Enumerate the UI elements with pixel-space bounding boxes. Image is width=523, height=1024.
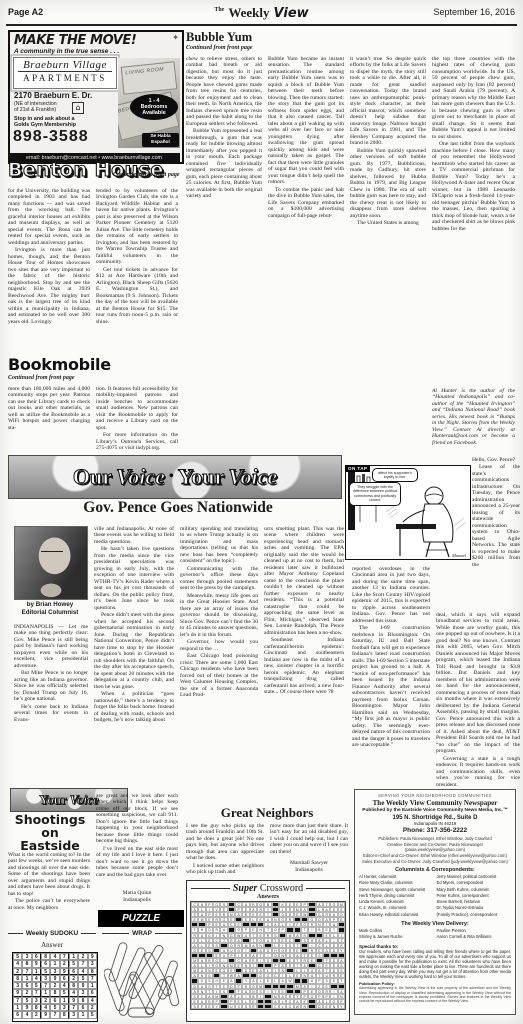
paragraph: The I-69 construction meltdown in Bloomi… (352, 625, 430, 748)
braeburn-logo-script: Braeburn Village (18, 59, 112, 72)
crossword-cell: N (301, 1004, 308, 1009)
sudoku-cell: 8 (78, 997, 87, 1004)
paragraph: Get tour tickets in advance for $12 at A… (96, 267, 178, 325)
paragraph: But Mike Pence is no longer acting like … (14, 670, 88, 702)
paragraph: military spending and translating to us … (180, 526, 258, 565)
sudoku-cell: 6 (41, 960, 50, 967)
sudoku-cell: 2 (60, 960, 69, 967)
sudoku-cell: 5 (32, 982, 41, 989)
sudoku-cell: 4 (50, 953, 59, 960)
sudoku-cell: 3 (22, 953, 31, 960)
braeburn-logo: Braeburn Village APARTMENTS (13, 57, 117, 89)
sudoku-cell: 7 (50, 1011, 59, 1018)
sudoku-cell: 3 (88, 960, 97, 967)
sudoku-cell: 5 (41, 968, 50, 975)
paragraph: the top three countries with the highest… (432, 56, 515, 140)
bedrooms-badge: 1 - 4 Bedrooms Available (130, 94, 178, 120)
sudoku-title-row: Weekly SUDOKU (8, 930, 96, 937)
paragraph: Lease of the state’s communications infr… (472, 464, 520, 568)
list-item: Aaron Cornell & Rita Williams (437, 934, 511, 940)
sudoku-cell: 7 (69, 1004, 78, 1011)
sudoku-cell: 9 (60, 968, 69, 975)
paragraph: chew to relieve stress, others to combat… (186, 56, 262, 127)
signature-name: Maria Quinn (96, 890, 178, 897)
published-by: Published by the Eastside Voice Communit… (359, 808, 511, 813)
rule (8, 933, 23, 934)
crossword-cell: C (272, 1004, 279, 1009)
crossword-cell: R (250, 1004, 257, 1009)
sudoku-cell: 6 (32, 953, 41, 960)
role-line: Sales Executive and Co-Owner: Judy Crawf… (359, 859, 511, 864)
benton-continued: Continued from front page (113, 172, 180, 178)
sudoku-cell: 5 (13, 953, 22, 960)
list-item: Shirley & James Ruche (359, 934, 433, 940)
paragraph: Hello, Gov. Pence? (472, 457, 520, 463)
paragraph: reported overdoses in the Cincinnati are… (352, 566, 430, 624)
ad-address: 2170 Braeburn E. Dr. (14, 91, 92, 100)
pence-column-4: ucts smelting plant. This was the scene … (264, 526, 344, 802)
editorial-cartoon: ON TAP affect his supporter’s loyalty to… (345, 465, 471, 560)
list-item: (Family Practice), correspondent (437, 912, 511, 918)
sudoku-cell: 8 (60, 1011, 69, 1018)
sudoku-cell: 1 (50, 960, 59, 967)
banner-bullet: • (169, 469, 174, 485)
masthead-view: View (274, 6, 309, 21)
issue-date: September 16, 2016 (433, 7, 515, 17)
sudoku-cell: 8 (22, 960, 31, 967)
sudoku-cell: 2 (50, 982, 59, 989)
cartoon-series-label: ON TAP (345, 465, 370, 472)
sudoku-cell: 7 (22, 968, 31, 975)
sudoku-cell: 7 (41, 982, 50, 989)
sudoku-cell: 8 (13, 975, 22, 982)
sudoku-cell: 4 (22, 1011, 31, 1018)
delivery-header: The Weekly View Delivery: (359, 921, 511, 927)
paragraph: To combat the panic and halt the dive in… (268, 187, 344, 219)
ad-address-note: (NE of intersection of 21st & Franklin) (14, 101, 70, 113)
policy-body: Advertising appearing in the Weekly View… (359, 986, 511, 1004)
columnists-left: Al Hunter, columnistRose Mary Clarke, co… (359, 874, 433, 918)
pence-column-1: INDIANAPOLIS — Let me make one thing per… (14, 624, 88, 784)
thanks-body: Our readers, who have been calling and t… (359, 949, 511, 980)
sudoku-cell: 4 (41, 1004, 50, 1011)
columnists-lists: Al Hunter, columnistRose Mary Clarke, co… (359, 874, 511, 918)
pence-hello-column: Hello, Gov. Pence?Lease of the state’s c… (472, 457, 520, 607)
byline-title: Editorial Columnist (14, 609, 86, 617)
sudoku-cell: 2 (78, 953, 87, 960)
shootings-column-1: What is the world coming to? In the past… (8, 852, 90, 926)
rule (306, 888, 345, 889)
speech-bubble: They struggle with the difference betwee… (349, 482, 401, 506)
sudoku-subtitle: Answer (8, 941, 96, 949)
bubble-yum-headline: Bubble Yum (186, 30, 252, 45)
signature-city: Indianapolis (270, 867, 348, 874)
paragraph: What is the world coming to? In the past… (8, 852, 90, 897)
byline-name: by Brian Howey (14, 601, 86, 609)
paragraph: mow more than just their share. It isn’t… (270, 823, 348, 855)
paragraph: For more information on the Library’s Ou… (96, 432, 178, 451)
rule (191, 888, 230, 889)
paragraph: Bubble Yum quickly spawned other version… (350, 148, 426, 219)
ad-tagline: A community in the true sense . . . (14, 48, 119, 55)
sudoku-cell: 8 (69, 982, 78, 989)
paragraph: I see the guy who picks up the trash aro… (186, 823, 264, 862)
paragraph: The police can’t be everywhere at once. … (8, 898, 90, 911)
sudoku-cell: 9 (41, 1011, 50, 1018)
paragraph: I noticed some other neighbors who pick … (186, 863, 264, 876)
house-icon: ⌂ (72, 102, 84, 114)
box-label: LIVING ROOM (122, 62, 175, 79)
sudoku-cell: 6 (50, 997, 59, 1004)
crossword-cell: E (323, 1004, 330, 1009)
moving-box: LIVING ROOM (121, 61, 178, 94)
phone-line: Phone: 317-356-2222 (359, 827, 511, 834)
crossword-cell (257, 1004, 264, 1009)
paragraph: INDIANAPOLIS — Let me make one thing per… (14, 624, 88, 669)
sudoku-cell: 3 (78, 989, 87, 996)
wrap-title: WRAP (132, 930, 152, 937)
shootings-column-2: are great and we look after each other, … (96, 793, 178, 889)
paragraph: are great and we look after each other, … (96, 793, 178, 845)
sudoku-cell: 9 (88, 953, 97, 960)
sudoku-cell: 3 (32, 997, 41, 1004)
sudoku-cell: 8 (32, 1004, 41, 1011)
se-habla-badge: Se Habla Español (142, 133, 179, 147)
sudoku-cell: 6 (69, 968, 78, 975)
letter-signature: Maria Quinn Indianapolis (96, 890, 178, 905)
sudoku-answer-grid: 5368471294896125732715396488143962573657… (12, 952, 98, 1022)
braeburn-logo-sub: APARTMENTS (14, 73, 116, 83)
paragraph: more than 180,000 miles and 4,000 commun… (8, 386, 90, 431)
masthead-info-box: SERVING YOUR NEIGHBORHOOD COMMUNITIES Th… (354, 789, 516, 1015)
crossword-title-super: Super (233, 883, 257, 894)
banner-word: Voice (228, 464, 277, 490)
sudoku-title: Weekly SUDOKU (26, 930, 78, 937)
sudoku-cell: 3 (41, 975, 50, 982)
sudoku-cell: 6 (60, 975, 69, 982)
sudoku-cell: 4 (32, 975, 41, 982)
sudoku-cell: 8 (41, 953, 50, 960)
crossword-cell: R (206, 1004, 213, 1009)
role-line: Editor-in-Chief and Co-Owner: Ethel Wins… (359, 853, 511, 858)
paragraph: One last tidbit from the wayback machine… (432, 141, 515, 232)
banner-word: Your (39, 792, 66, 808)
glasses (41, 551, 63, 559)
puzzle-answers-banner: PUZZLE ANSWERS (98, 910, 184, 927)
serving-line: SERVING YOUR NEIGHBORHOOD COMMUNITIES (359, 793, 511, 798)
crossword-cell: Y (213, 1004, 220, 1009)
word-search-illustration (104, 940, 182, 1020)
crossword-subtitle: Answers (187, 894, 349, 900)
list-item: Steve Nicewanger, sports columnist (359, 887, 433, 893)
pence-column-6: deal, which it says will expand broadban… (436, 612, 520, 786)
sudoku-cell: 3 (13, 982, 22, 989)
crossword-title-rest: Crossword (260, 883, 303, 894)
great-neighbors-column-1: I see the guy who picks up the trash aro… (186, 823, 264, 877)
pence-column-2: ville and Indianapolis. At none of these… (94, 526, 174, 784)
rule (81, 933, 96, 934)
signature-city: Indianapolis (96, 897, 178, 904)
delivery-lists: Mark CollinsShirley & James Ruche Paulin… (359, 928, 511, 941)
paper-title: The Weekly View Community Newspaper (359, 799, 511, 807)
sudoku-cell: 6 (13, 1011, 22, 1018)
paragraph: He hasn’t taken live questions from the … (94, 546, 174, 611)
sudoku-cell: 5 (60, 989, 69, 996)
paragraph: Meanwhile, messy life goes on in the Gre… (180, 593, 258, 638)
sudoku-cell: 1 (13, 1004, 22, 1011)
paragraph: deal, which it says will expand broadban… (436, 612, 520, 755)
sudoku-cell: 8 (50, 989, 59, 996)
paragraph: for the University, the building was com… (8, 188, 90, 246)
sudoku-cell: 1 (60, 997, 69, 1004)
byline: by Brian Howey Editorial Columnist (14, 601, 86, 617)
paragraph: ucts smelting plant. This was the scene … (264, 526, 344, 636)
sudoku-cell: 9 (69, 997, 78, 1004)
speech-bubble: affect his supporter’s loyalty to him. (372, 468, 418, 482)
paragraph: Communicating with the governor’s office… (180, 566, 258, 592)
sudoku-cell: 9 (32, 960, 41, 967)
paragraph: Pence didn’t meet with the press when he… (94, 612, 174, 690)
sudoku-cell: 4 (88, 997, 97, 1004)
rule (102, 933, 129, 934)
sudoku-cell: 4 (78, 968, 87, 975)
sudoku-cell: 7 (32, 989, 41, 996)
ad-corner-icon: ✦ (172, 33, 179, 42)
sudoku-cell: 2 (22, 989, 31, 996)
paragraph: Southeast Indiana carfentanil/heroin epi… (264, 637, 344, 695)
sudoku-cell: 9 (50, 975, 59, 982)
banner-word: Your (178, 464, 224, 490)
paragraph: East Chicago lead poisoning crisis: Ther… (180, 653, 258, 698)
great-neighbors-column-2: mow more than just their share. It isn’t… (270, 823, 348, 861)
bookmobile-continued: Continued from front page (8, 375, 75, 381)
sudoku-cell: 1 (22, 975, 31, 982)
crossword-cell (220, 1004, 227, 1009)
crossword-cell: S (242, 1004, 249, 1009)
sudoku-cell: 7 (13, 997, 22, 1004)
sudoku-cell: 6 (78, 1004, 87, 1011)
crossword-cell (308, 1004, 315, 1009)
pence-column-3: military spending and translating to us … (180, 526, 258, 802)
sudoku-cell: 4 (60, 982, 69, 989)
paragraph: When a politician “goes nationwide,” the… (94, 691, 174, 723)
sudoku-cell: 2 (13, 968, 22, 975)
crossword-cell: U (228, 1004, 235, 1009)
sudoku-cell: 7 (88, 975, 97, 982)
bubble-yum-column-4: the top three countries with the highest… (432, 56, 515, 386)
sudoku-cell: 1 (78, 1011, 87, 1018)
sudoku-cell: 9 (78, 982, 87, 989)
pence-column-5: reported overdoses in the Cincinnati are… (352, 566, 430, 786)
great-neighbors-headline: Great Neighbors (186, 805, 348, 821)
letter-signature: Marshall Sawyer Indianapolis (270, 860, 348, 875)
pence-headline: Gov. Pence Goes Nationwide (10, 499, 346, 517)
bubble-yum-continued: Continued from front page (186, 45, 253, 51)
delivery-right: Pauline PiersonAaron Cornell & Rita Will… (437, 928, 511, 941)
crossword-cell: Y (338, 1004, 345, 1009)
sudoku-cell: 3 (69, 1011, 78, 1018)
sudoku-cell: 1 (32, 968, 41, 975)
sudoku-cell: 5 (88, 1011, 97, 1018)
paragraph: Irvington is more than just homes, thoug… (8, 247, 90, 325)
crossword-cell: D (316, 1004, 323, 1009)
our-voice-banner: Our Voice • Your Voice (8, 455, 342, 499)
paragraph: ville and Indianapolis. At none of these… (94, 526, 174, 545)
paragraph: He’s come back to Indiana several times … (14, 704, 88, 723)
sudoku-cell: 8 (88, 968, 97, 975)
columnists-right: Jerry Mannel, political cartoonistEd Mye… (437, 874, 511, 918)
sudoku-cell: 9 (22, 1004, 31, 1011)
sudoku-cell: 4 (13, 960, 22, 967)
crossword-cell: W (294, 1004, 301, 1009)
sudoku-cell: 2 (88, 1004, 97, 1011)
cartoonist-signature: Mannel (452, 553, 466, 558)
braeburn-village-ad: MAKE THE MOVE! ✦ A community in the true… (8, 30, 184, 164)
sudoku-cell: 1 (88, 982, 97, 989)
sudoku-cell: 4 (69, 989, 78, 996)
bubble-yum-column-1: chew to relieve stress, others to combat… (186, 56, 262, 448)
publishers-line: Publishers: Paula Nicewanger, Ethel Wins… (359, 836, 511, 841)
paragraph: I’ve lived on the east side most of my l… (96, 846, 178, 878)
sudoku-cell: 3 (60, 1004, 69, 1011)
columnists-header: Columnists & Correspondents: (359, 867, 511, 873)
ad-phone: 898-3588 (13, 128, 89, 146)
sudoku-cell: 2 (69, 975, 78, 982)
bookmobile-column-1: more than 180,000 miles and 4,000 commun… (8, 386, 90, 452)
columnist-photo (14, 526, 88, 600)
wrap-title-row: WRAP (102, 930, 182, 937)
sudoku-cell: 7 (78, 960, 87, 967)
crossword-answer-grid: CAPOSCAROBKEEPATOMALIVEPEARYIRMALAKESUPE… (190, 901, 346, 1010)
author-bio: Al Hunter is the author of the “Haunted … (432, 388, 515, 450)
crossword-cell (264, 1004, 271, 1009)
sudoku-cell: 6 (88, 989, 97, 996)
crossword-cell: S (191, 1004, 198, 1009)
bookmobile-column-2: tion. It features full accessibility for… (96, 386, 178, 452)
paragraph: tion. It features full accessibility for… (96, 386, 178, 431)
word-search-answer (104, 940, 182, 1020)
address-line-2: Indianapolis IN 46219 (359, 821, 511, 826)
crossword-answer-box: Super Crossword Answers CAPOSCAROBKEEPAT… (186, 880, 350, 1022)
list-item: Brian Howey, editorial columnist (359, 912, 433, 918)
benton-column-2: tended to by volunteers of the Irvington… (96, 188, 178, 354)
delivery-left: Mark CollinsShirley & James Ruche (359, 928, 433, 941)
newspaper-page: Page A2 The Weekly View September 16, 20… (0, 0, 523, 1024)
masthead-weekly: Weekly (228, 5, 269, 20)
sudoku-cell: 6 (22, 982, 31, 989)
paragraph: Al Hunter is the author of the “Haunted … (432, 388, 515, 446)
crossword-title-row: Super Crossword (191, 883, 345, 894)
sudoku-cell: 1 (69, 953, 78, 960)
sudoku-cell: 2 (41, 997, 50, 1004)
paragraph: Governor, how would you respond to the … (180, 639, 258, 652)
crossword-cell: L (279, 1004, 286, 1009)
paragraph: Governing a state is a tough endeavor. I… (436, 756, 520, 786)
role-line: Creative Director and Co-Owner: Paula Ni… (359, 842, 511, 852)
benton-column-1: for the University, the building was com… (8, 188, 90, 354)
crossword-cell: N (330, 1004, 337, 1009)
header-rule (6, 24, 517, 26)
paragraph: Bubble Yum became an instant sensation. … (268, 56, 344, 186)
masthead-the: The (214, 7, 224, 13)
sudoku-cell: 5 (50, 1004, 59, 1011)
paragraph: tended to by volunteers of the Irvington… (96, 188, 178, 266)
crossword-cell: O (286, 1004, 293, 1009)
ad-headline: MAKE THE MOVE! (14, 33, 136, 48)
crossword-cell: S (235, 1004, 242, 1009)
sudoku-cell: 1 (41, 989, 50, 996)
paragraph: Bubble Yum represented a real breakthrou… (186, 128, 262, 199)
banner-word: Voice (116, 464, 165, 490)
paragraph: The United States is among (350, 220, 426, 226)
sudoku-cell: 5 (22, 997, 31, 1004)
crossword-cell: P (198, 1004, 205, 1009)
rule (155, 933, 182, 934)
sudoku-cell: 9 (13, 989, 22, 996)
signature-name: Marshall Sawyer (270, 860, 348, 867)
banner-word: Our (73, 464, 112, 490)
banner-word: Voice (70, 792, 99, 808)
bubble-yum-column-3: it wasn’t true. So despite quick efforts… (350, 56, 426, 448)
sudoku-cell: 5 (69, 960, 78, 967)
bubble-yum-column-2: Bubble Yum became an instant sensation. … (268, 56, 344, 448)
paragraph: it wasn’t true. So despite quick efforts… (350, 56, 426, 147)
sudoku-cell: 7 (60, 953, 69, 960)
sudoku-cell: 2 (32, 1011, 41, 1018)
bookmobile-headline: Bookmobile (8, 355, 111, 374)
sudoku-cell: 5 (78, 975, 87, 982)
shootings-headline: Shootings on Eastside (8, 813, 92, 852)
sudoku-cell: 3 (50, 968, 59, 975)
